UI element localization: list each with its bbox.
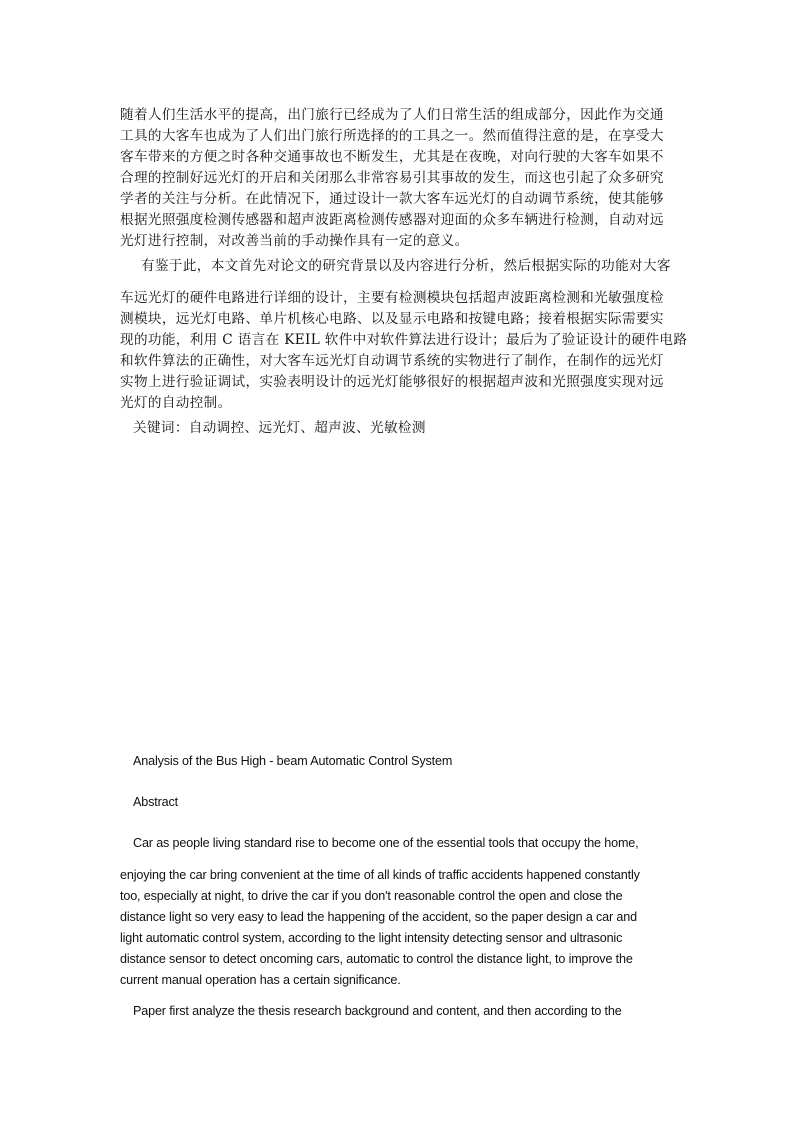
text-line: light automatic control system, accordin… (120, 928, 622, 949)
text-line: current manual operation has a certain s… (120, 970, 401, 991)
text-line: 合理的控制好远光灯的开启和关闭那么非常容易引其事故的发生，而这也引起了众多研究 (120, 168, 664, 189)
abstract-heading: Abstract (133, 792, 178, 813)
text-line: 随着人们生活水平的提高，出门旅行已经成为了人们日常生活的组成部分，因此作为交通 (120, 105, 664, 126)
english-abstract-paragraph-2: Paper first analyze the thesis research … (133, 1001, 622, 1022)
keywords: 关键词：自动调控、远光灯、超声波、光敏检测 (133, 418, 426, 439)
text-line: 车远光灯的硬件电路进行详细的设计，主要有检测模块包括超声波距离检测和光敏强度检 (120, 288, 664, 309)
text-line: too, especially at night, to drive the c… (120, 886, 622, 907)
text-line: 实物上进行验证调试，实验表明设计的远光灯能够很好的根据超声波和光照强度实现对远 (120, 372, 664, 393)
document-page: 随着人们生活水平的提高，出门旅行已经成为了人们日常生活的组成部分，因此作为交通 … (0, 0, 793, 1122)
text-line: 测模块，远光灯电路、单片机核心电路、以及显示电路和按键电路；接着根据实际需要实 (120, 309, 664, 330)
text-line: enjoying the car bring convenient at the… (120, 865, 640, 886)
text-line: 和软件算法的正确性，对大客车远光灯自动调节系统的实物进行了制作，在制作的远光灯 (120, 351, 664, 372)
text-line: 有鉴于此，本文首先对论文的研究背景以及内容进行分析，然后根据实际的功能对大客 (141, 256, 671, 277)
text-line: 客车带来的方便之时各种交通事故也不断发生，尤其是在夜晚，对向行驶的大客车如果不 (120, 147, 664, 168)
text-line: 学者的关注与分析。在此情况下，通过设计一款大客车远光灯的自动调节系统，使其能够 (120, 189, 664, 210)
text-line: 根据光照强度检测传感器和超声波距离检测传感器对迎面的众多车辆进行检测，自动对远 (120, 210, 664, 231)
text-line: distance sensor to detect oncoming cars,… (120, 949, 633, 970)
text-line: 现的功能，利用 C 语言在 KEIL 软件中对软件算法进行设计；最后为了验证设计… (120, 330, 687, 351)
text-line: 光灯的自动控制。 (120, 393, 232, 414)
text-line: 工具的大客车也成为了人们出门旅行所选择的的工具之一。然而值得注意的是，在享受大 (120, 126, 664, 147)
text-line: Car as people living standard rise to be… (133, 833, 639, 854)
text-line: 光灯进行控制，对改善当前的手动操作具有一定的意义。 (120, 231, 469, 252)
english-title: Analysis of the Bus High - beam Automati… (133, 751, 452, 772)
text-line: distance light so very easy to lead the … (120, 907, 637, 928)
